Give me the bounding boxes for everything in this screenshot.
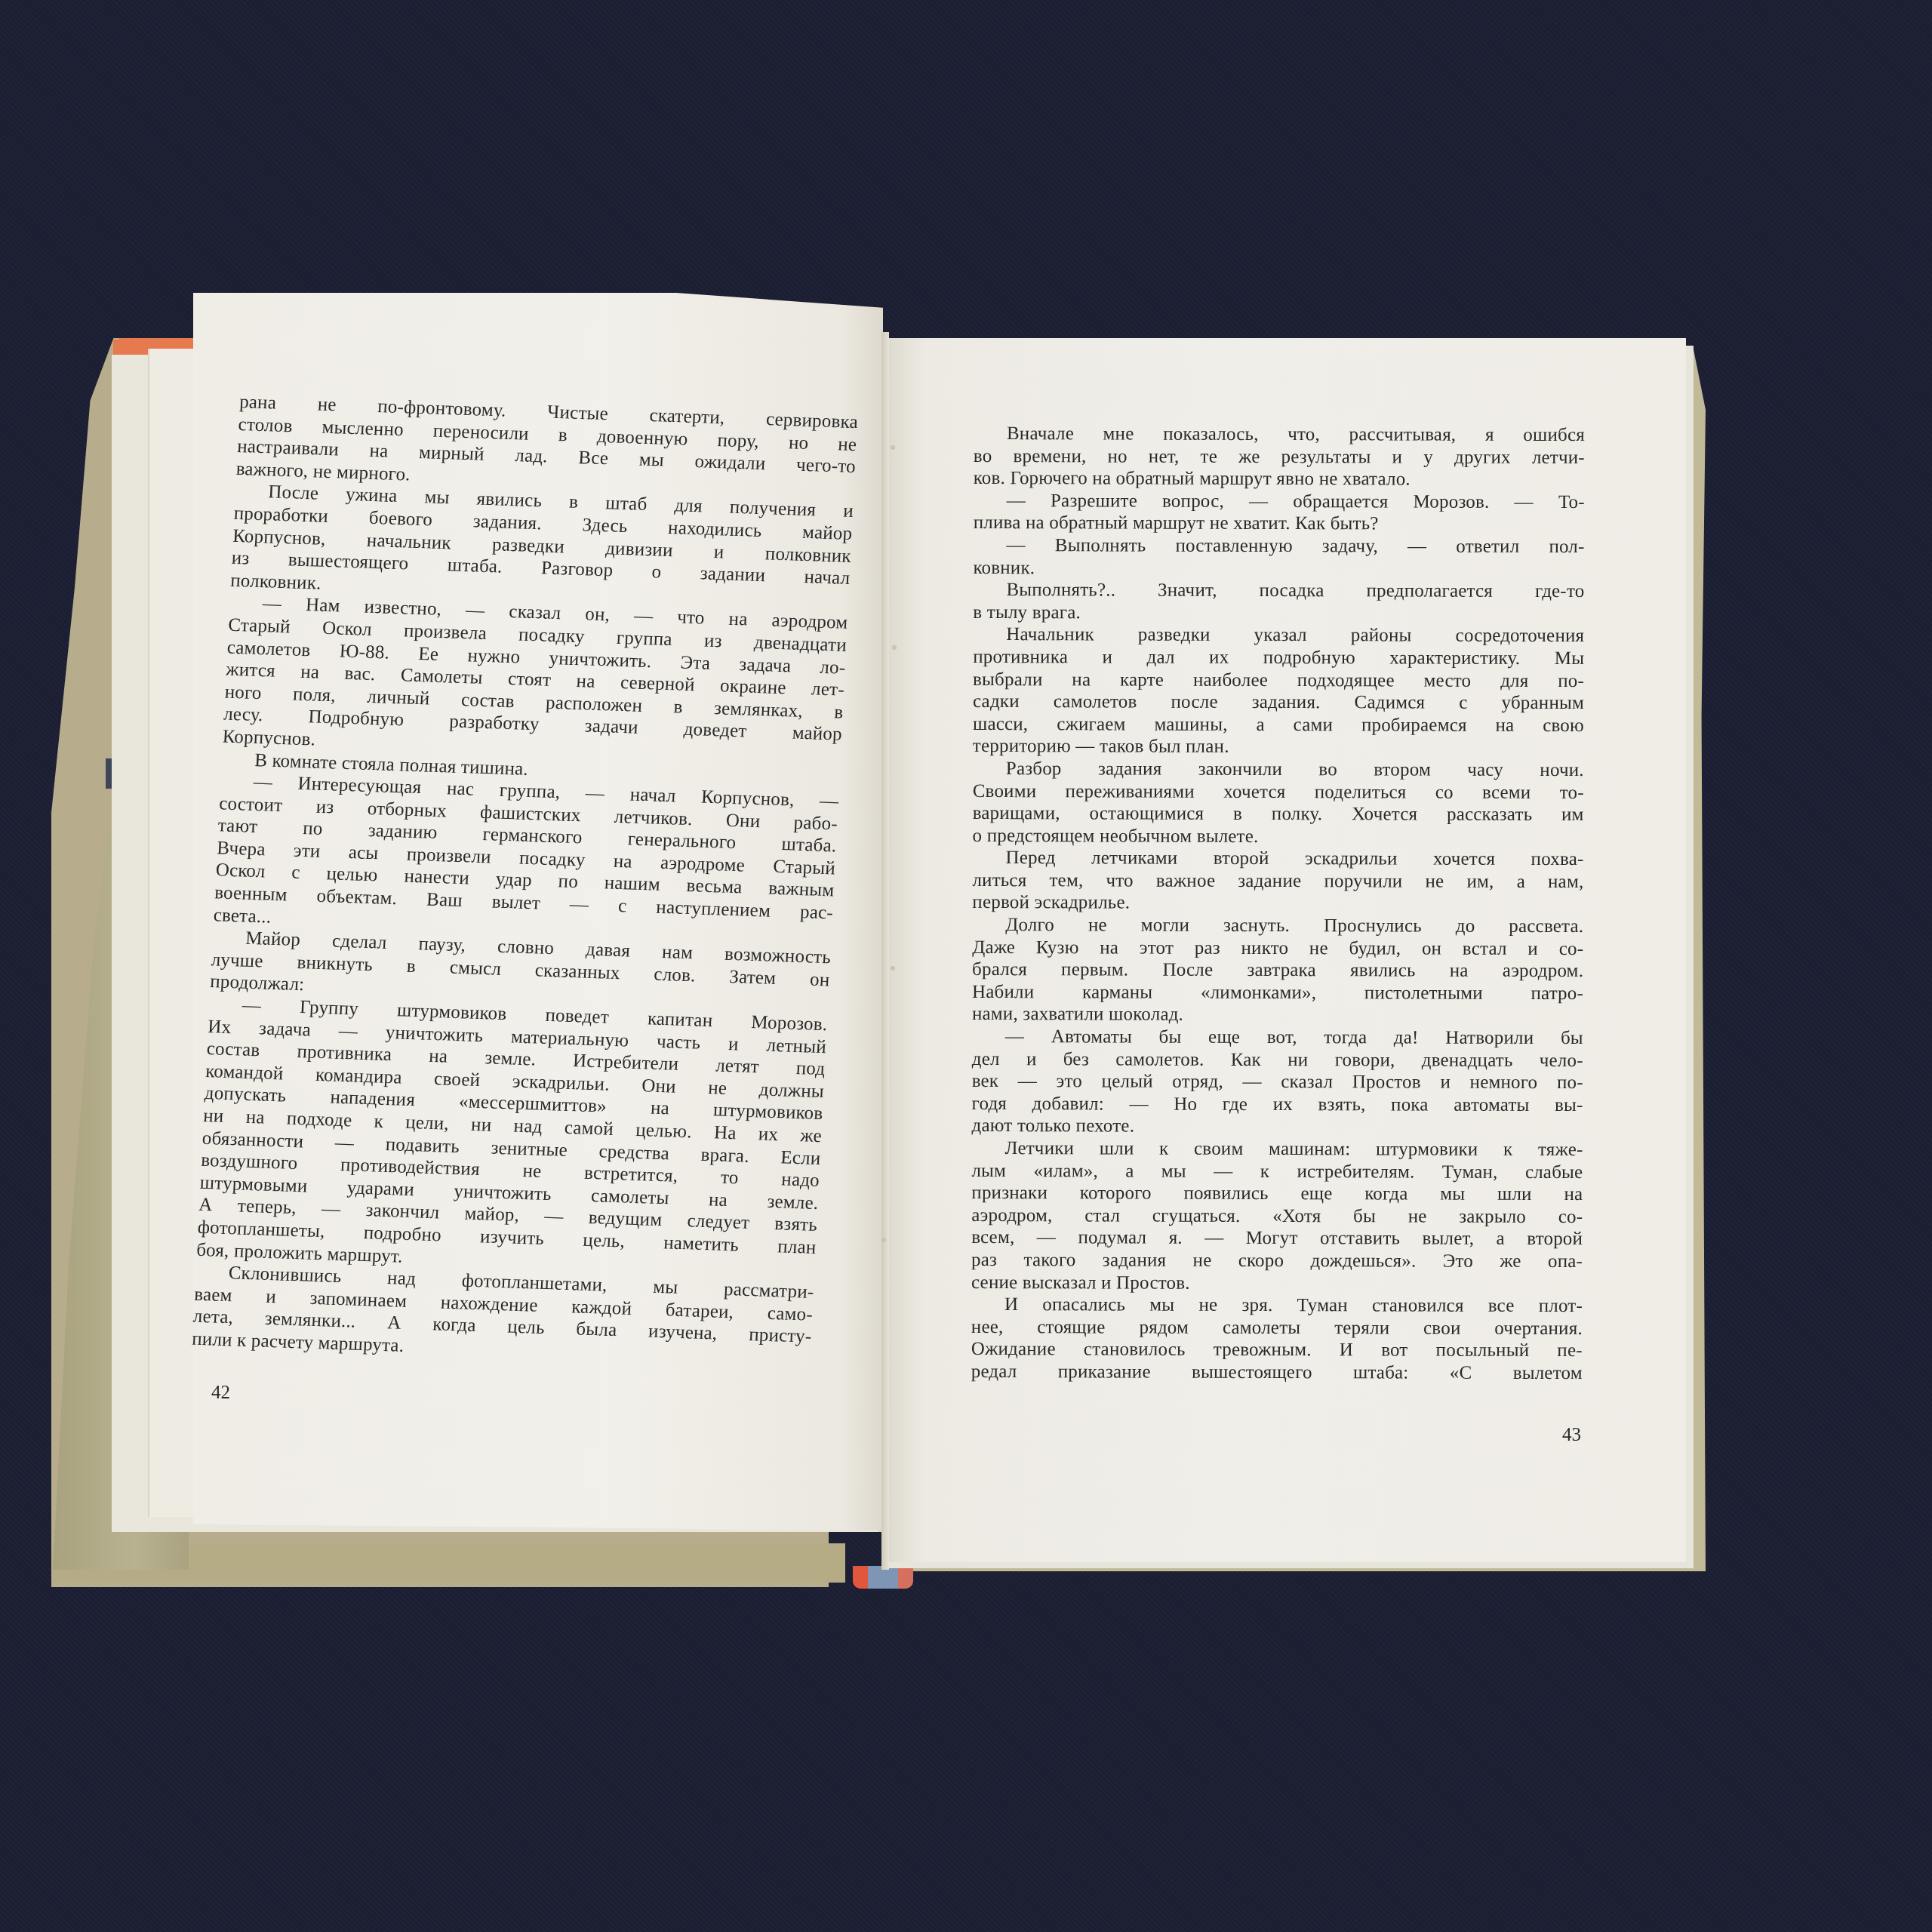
binding-stitch bbox=[891, 966, 895, 971]
text-line: садки самолетов после задания. Садимся с… bbox=[973, 691, 1584, 715]
book-gutter bbox=[881, 332, 889, 1570]
text-line: в тылу врага. bbox=[973, 601, 1584, 626]
text-line: раз такого задания не скоро дождешься». … bbox=[971, 1249, 1583, 1273]
text-line: И опасались мы не зря. Туман становился … bbox=[971, 1294, 1583, 1318]
left-page-text: рана не по-фронтовому. Чистые скатерти, … bbox=[192, 391, 859, 1371]
text-line: аэродром, стал сгущаться. «Хотя бы не за… bbox=[971, 1204, 1583, 1229]
text-line: признаки которого появились еще когда мы… bbox=[971, 1182, 1583, 1206]
text-line: брался первым. После завтрака явились на… bbox=[972, 958, 1583, 983]
binding-stitch bbox=[891, 445, 895, 450]
text-line: о предстоящем необычном вылете. bbox=[973, 825, 1584, 849]
text-line: — Автоматы бы еще вот, тогда да! Натвори… bbox=[972, 1026, 1583, 1050]
text-line: — Выполнять поставленную задачу, — ответ… bbox=[974, 534, 1585, 558]
binding-stitch bbox=[881, 1238, 886, 1242]
text-line: нами, захватили шоколад. bbox=[972, 1003, 1583, 1027]
text-line: варищами, остающимися в полку. Хочется р… bbox=[973, 802, 1584, 826]
text-line: Своими переживаниями хочется поделиться … bbox=[973, 780, 1584, 804]
page-number-right: 43 bbox=[1562, 1425, 1581, 1446]
text-line: Выполнять?.. Значит, посадка предполагае… bbox=[973, 579, 1584, 603]
text-line: нее, стоящие рядом самолеты теряли свои … bbox=[971, 1316, 1583, 1340]
text-line: годя добавил: — Но где их взять, пока ав… bbox=[972, 1093, 1583, 1117]
text-line: во времени, но нет, те же результаты и у… bbox=[974, 445, 1585, 469]
text-line: лым «илам», а мы — к истребителям. Туман… bbox=[971, 1160, 1583, 1184]
text-line: первой эскадрилье. bbox=[972, 891, 1583, 915]
text-line: — Разрешите вопрос, — обращается Морозов… bbox=[974, 490, 1585, 514]
text-line: противника и дал их подробную характерис… bbox=[973, 646, 1584, 670]
text-line: литься тем, что важное задание поручили … bbox=[972, 869, 1583, 894]
text-line: Ожидание становилось тревожным. И вот по… bbox=[971, 1338, 1583, 1362]
text-line: Вначале мне показалось, что, рассчитывая… bbox=[974, 423, 1585, 447]
text-line: сение высказал и Простов. bbox=[971, 1272, 1583, 1296]
text-line: Набили карманы «лимонками», пистолетными… bbox=[972, 981, 1583, 1005]
text-line: шасси, сжигаем машины, а сами пробираемс… bbox=[973, 713, 1584, 737]
page-number-left: 42 bbox=[211, 1383, 230, 1404]
text-line: Даже Кузю на этот раз никто не будил, он… bbox=[972, 937, 1583, 961]
binding-stitch bbox=[892, 645, 897, 650]
text-line: Разбор задания закончили во втором часу … bbox=[973, 758, 1584, 782]
text-line: Перед летчиками второй эскадрильи хочетс… bbox=[972, 847, 1583, 871]
text-line: век — это целый отряд, — сказал Простов … bbox=[972, 1070, 1583, 1094]
text-line: Долго не могли заснуть. Проснулись до ра… bbox=[972, 914, 1583, 938]
text-line: территорию — таков был план. bbox=[973, 735, 1584, 759]
text-line: выбрали на карте наиболее подходящее мес… bbox=[973, 669, 1584, 693]
text-line: Летчики шли к своим машинам: штурмовики … bbox=[971, 1137, 1583, 1161]
text-line: редал приказание вышестоящего штаба: «С … bbox=[971, 1361, 1583, 1385]
text-line: Начальник разведки указал районы сосредо… bbox=[973, 623, 1584, 648]
text-line: всем, — подумал я. — Могут отставить выл… bbox=[971, 1226, 1583, 1251]
text-line: ковник. bbox=[973, 557, 1584, 581]
text-line: плива на обратный маршрут не хватит. Как… bbox=[974, 512, 1585, 536]
text-line: ков. Горючего на обратный маршрут явно н… bbox=[974, 467, 1585, 491]
text-line: дел и без самолетов. Как ни говори, двен… bbox=[972, 1048, 1583, 1072]
right-page-text: Вначале мне показалось, что, рассчитывая… bbox=[971, 423, 1585, 1385]
open-book: рана не по-фронтовому. Чистые скатерти, … bbox=[0, 0, 1932, 1932]
text-line: дают только пехоте. bbox=[972, 1115, 1583, 1139]
